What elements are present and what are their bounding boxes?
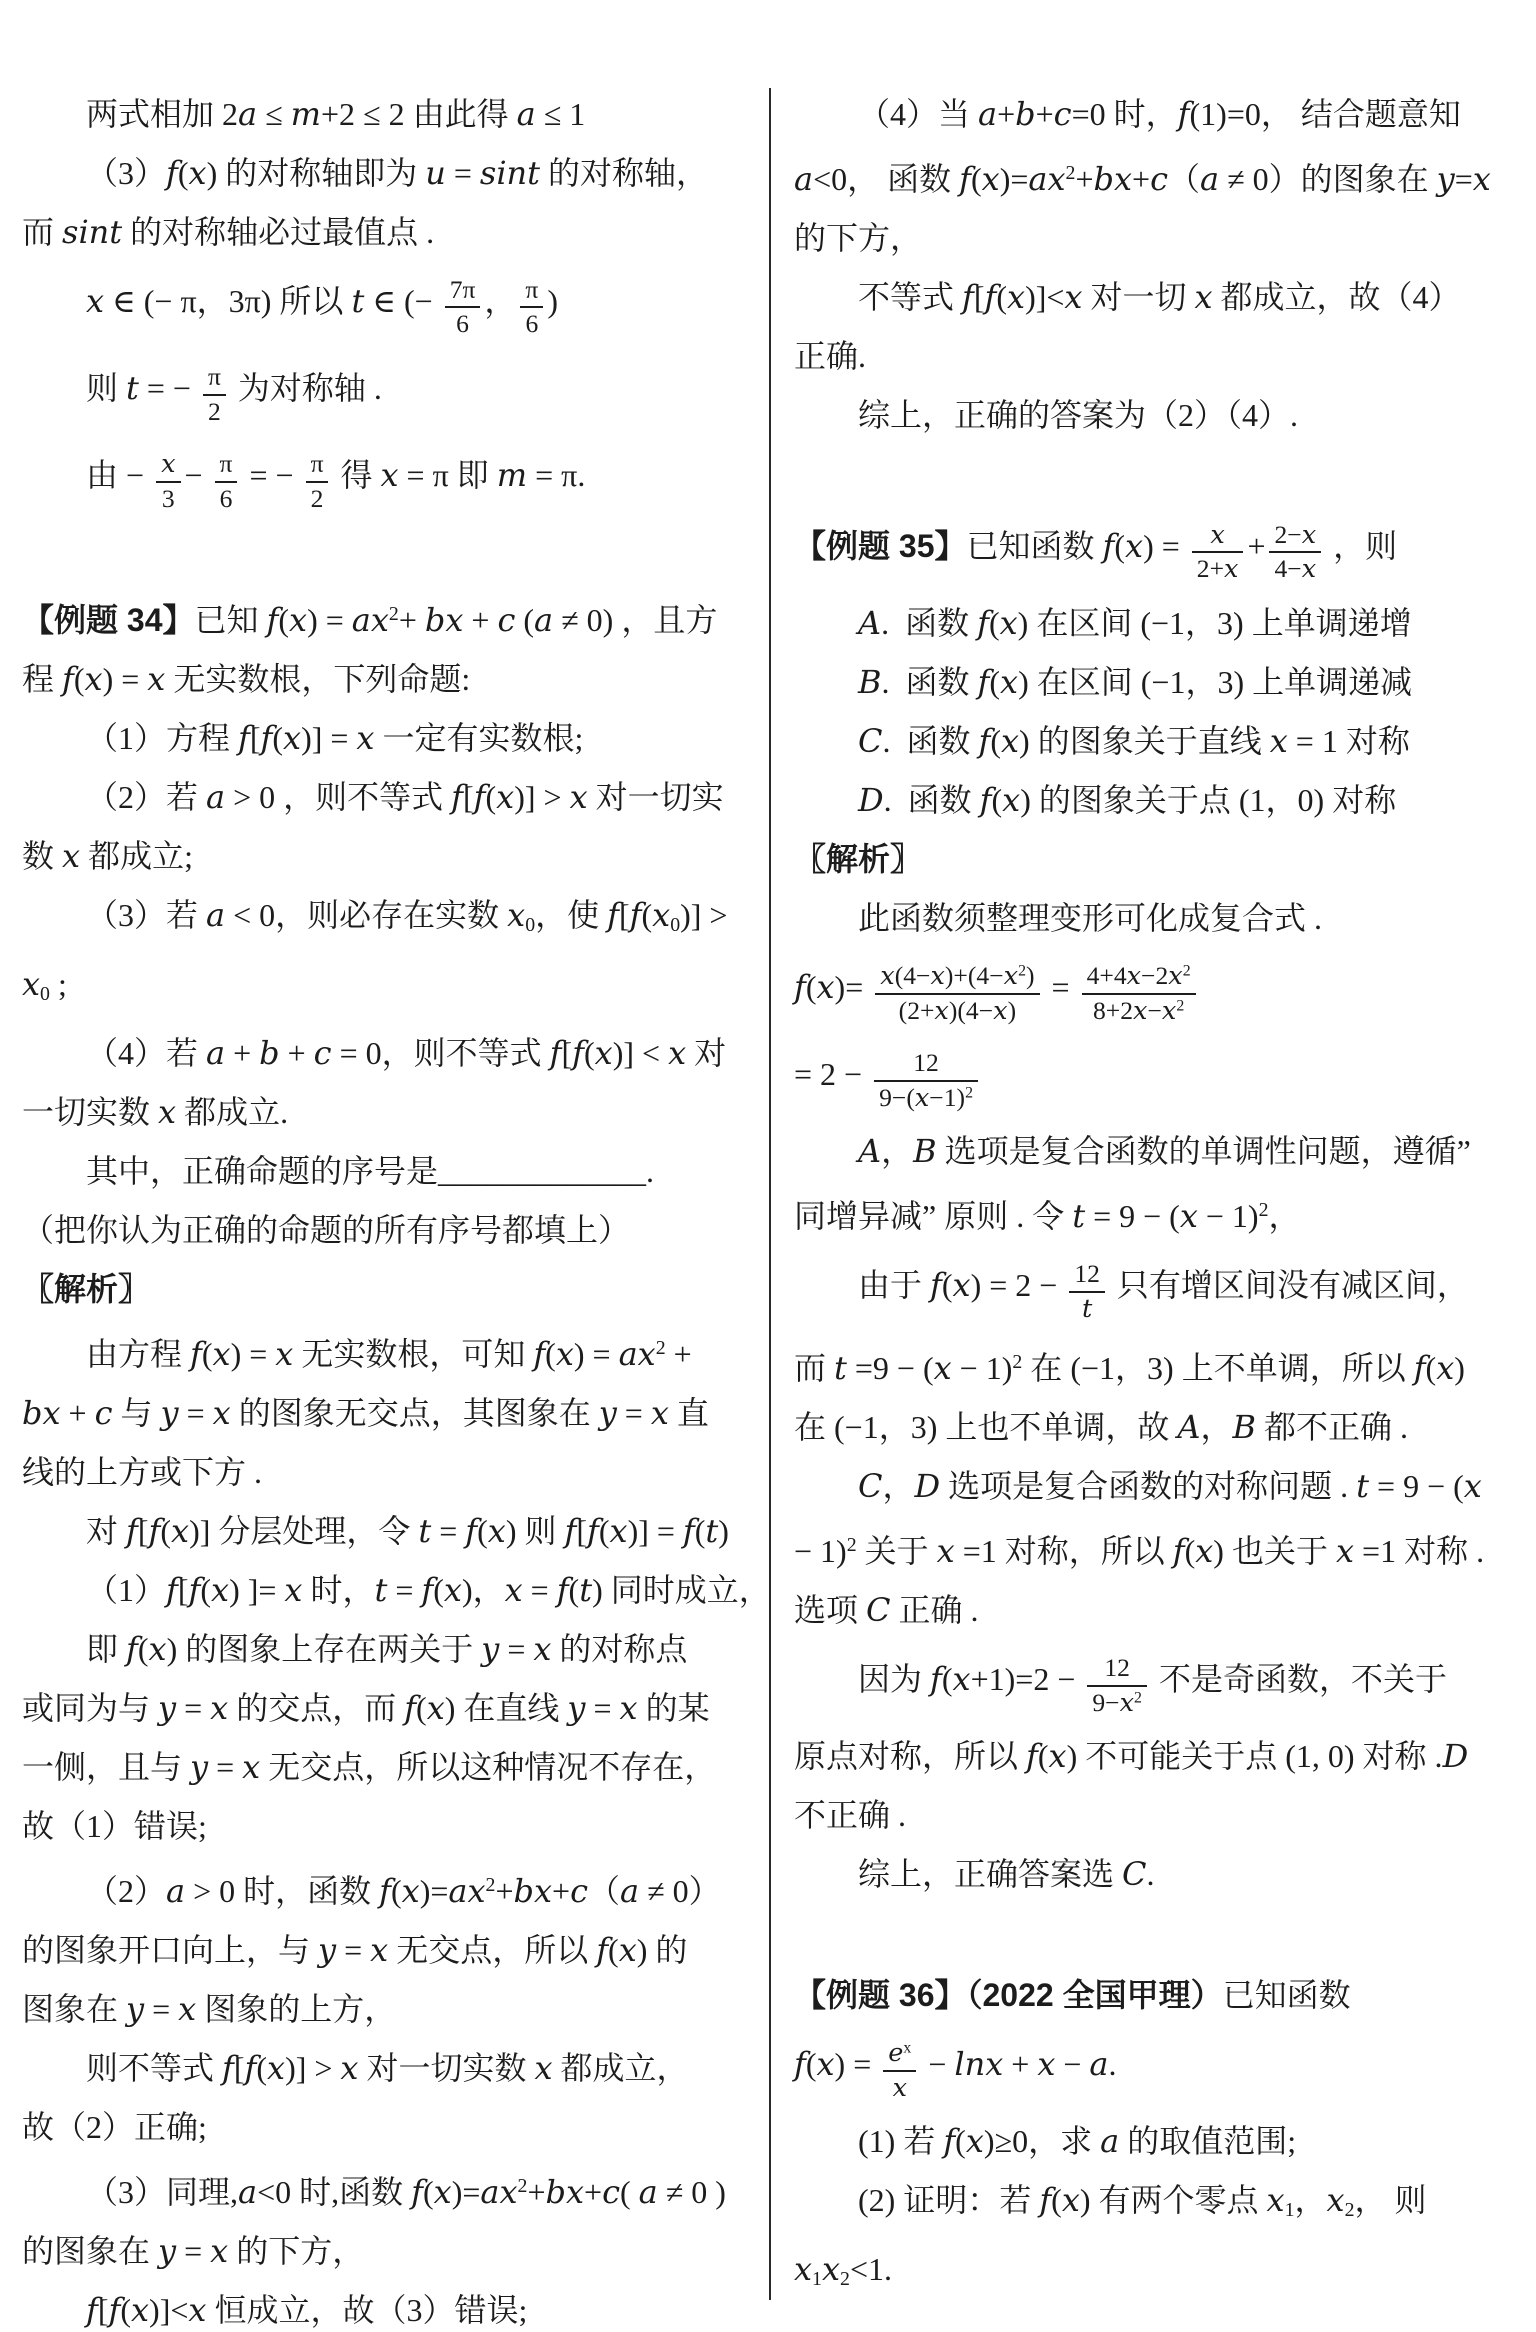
math-run: f(1)=0: [1178, 96, 1261, 132]
fraction: π6: [520, 276, 543, 339]
math-run: f(x) =: [1103, 528, 1188, 564]
math-variable: x: [966, 2122, 984, 2160]
math-run: sint: [62, 214, 122, 250]
fraction-numerator: π: [203, 363, 226, 396]
text-run: 的下方，: [794, 220, 922, 256]
superscript: 2: [1183, 962, 1191, 979]
math-variable: x: [289, 601, 307, 639]
math-variable: x: [149, 1630, 167, 1668]
superscript: 2: [656, 1337, 666, 1359]
text-run: 的: [647, 1932, 687, 1968]
text-run: 此函数须整理变形可化成复合式 .: [858, 900, 1322, 936]
math-variable: x: [1180, 1197, 1198, 1235]
text-run: 选项是复合函数的单调性问题，遵循”: [937, 1133, 1471, 1169]
math-variable: x: [210, 1689, 228, 1727]
text-line: C，D 选项是复合函数的对称问题 . t = 9 − (x: [794, 1457, 1530, 1516]
text-run: 不等式: [858, 279, 962, 315]
math-variable: x: [1133, 996, 1147, 1026]
math-variable: f: [977, 604, 989, 642]
math-variable: x: [427, 1689, 445, 1727]
superscript: 2: [1012, 1351, 1022, 1373]
fraction: 2−x4−x: [1269, 521, 1321, 584]
fraction-denominator: x: [883, 2072, 916, 2103]
fraction-denominator: 4−x: [1269, 553, 1321, 584]
text-line: 而 t =9 − (x − 1)2 在 (−1，3) 上不单调，所以 f(x): [794, 1333, 1530, 1398]
math-run: f(x): [1414, 1350, 1465, 1386]
text-run: 时，函数: [235, 1873, 379, 1909]
math-run: f(x): [978, 664, 1029, 700]
math-variable: f: [267, 601, 279, 639]
math-variable: x: [822, 2250, 840, 2288]
math-run: a > 0: [166, 1873, 235, 1909]
math-run: f(x) = x: [62, 661, 165, 697]
math-run: f[f(x)] = f(t): [565, 1513, 729, 1549]
right-column: （4）当 a+b+c=0 时，f(1)=0， 结合题意知a<0， 函数 f(x)…: [794, 85, 1530, 2309]
math-variable: x: [1194, 278, 1212, 316]
text-line: 正确.: [794, 327, 1530, 386]
fraction-denominator: 3: [156, 483, 180, 514]
text-run: 由方程: [86, 1336, 190, 1372]
math-variable: f: [587, 1512, 599, 1550]
math-variable: f: [985, 278, 997, 316]
math-run: x = f(t): [505, 1572, 603, 1608]
math-variable: f: [565, 1512, 577, 1550]
math-run: f(x) =: [794, 2046, 879, 2082]
math-variable: x: [533, 1630, 551, 1668]
fraction-denominator: 6: [215, 483, 238, 514]
math-variable: x: [356, 719, 374, 757]
text-run: 而: [22, 214, 62, 250]
fraction-denominator: 9−x2: [1087, 1687, 1147, 1718]
text-run: 时,函数: [291, 2174, 411, 2210]
fraction: 129−(x−1)2: [874, 1049, 978, 1112]
math-variable: x: [1327, 2181, 1345, 2219]
math-variable: C: [866, 1591, 890, 1629]
text-line: f(x)= x(4−x)+(4−x2)(2+x)(4−x) = 4+4x−2x2…: [794, 948, 1530, 1035]
math-variable: f: [379, 1872, 391, 1910]
text-run: ，则: [1325, 528, 1397, 564]
math-variable: f: [245, 2049, 257, 2087]
math-variable: lnx: [954, 2045, 1003, 2083]
text-run: 恒成立，故（3）错误;: [206, 2292, 527, 2328]
math-run: f(x): [979, 723, 1030, 759]
text-run: ，则必存在实数: [275, 897, 507, 933]
text-line: 〖解析〗: [22, 1260, 762, 1319]
math-run: = 2 −: [794, 1056, 870, 1092]
text-line: 而 sint 的对称轴必过最值点 .: [22, 203, 762, 262]
text-line: 其中，正确命题的序号是_____________.: [22, 1142, 762, 1201]
text-run: 对称，所以: [997, 1533, 1173, 1569]
math-variable: x: [370, 1931, 388, 1969]
math-variable: x: [381, 456, 399, 494]
text-run: 不是奇函数，不关于: [1151, 1661, 1447, 1697]
superscript: 2: [847, 1534, 857, 1556]
math-run: D: [915, 1468, 941, 1504]
math-run: a ≠ 0: [620, 1873, 689, 1909]
math-run: −: [126, 457, 152, 493]
text-run: 与: [113, 1395, 161, 1431]
column-divider: [769, 88, 771, 2300]
text-line: 由 − x3− π6 = − π2 得 x = π 即 m = π.: [22, 436, 762, 523]
math-variable: x: [444, 1571, 462, 1609]
math-variable: x: [178, 1990, 196, 2028]
text-run: （3）若: [86, 897, 206, 933]
math-run: f(x)=ax2+bx+c: [379, 1873, 588, 1909]
text-line: 此函数须整理变形可化成复合式 .: [794, 889, 1530, 948]
text-line: （3）若 a < 0，则必存在实数 x0，使 f[f(x0)] >: [22, 886, 762, 955]
document-page: 两式相加 2a ≤ m+2 ≤ 2 由此得 a ≤ 1（3）f(x) 的对称轴即…: [0, 0, 1536, 2332]
math-variable: x: [934, 996, 948, 1026]
text-line: 由方程 f(x) = x 无实数根，可知 f(x) = ax2 +: [22, 1319, 762, 1384]
bold-heading: 〖解析〗: [794, 841, 922, 877]
math-variable: x: [210, 2232, 228, 2270]
text-run: ，: [1269, 1198, 1301, 1234]
text-run: 函数: [892, 782, 980, 818]
text-run: ，: [881, 1133, 913, 1169]
fraction: x3: [156, 450, 180, 513]
math-variable: t: [374, 1571, 387, 1609]
text-run: （: [1168, 161, 1200, 197]
text-run: ）: [689, 1873, 721, 1909]
superscript: 2: [518, 2175, 528, 2197]
text-run: 的对称轴即为: [217, 155, 425, 191]
math-variable: x: [1002, 781, 1020, 819]
math-variable: x: [1000, 604, 1018, 642]
math-variable: t: [418, 1512, 431, 1550]
math-variable: y: [161, 1394, 179, 1432]
math-run: x1: [1267, 2182, 1295, 2218]
math-variable: x: [505, 1571, 523, 1609]
fraction-numerator: 7π: [445, 276, 481, 309]
math-variable: f: [557, 1571, 569, 1609]
fraction-denominator: 2+x: [1192, 553, 1244, 584]
text-run: 的图象开口向上，与: [22, 1932, 318, 1968]
text-line: 不等式 f[f(x)]<x 对一切 x 都成立，故（4）: [794, 268, 1530, 327]
fraction: π2: [306, 450, 329, 513]
math-run: ): [547, 283, 558, 319]
math-run: x0: [507, 897, 535, 933]
math-variable: C: [858, 1467, 882, 1505]
text-run: 在: [794, 1409, 834, 1445]
math-variable: t: [1072, 1197, 1085, 1235]
math-run: x: [62, 838, 80, 874]
math-variable: x: [402, 1872, 420, 1910]
text-run: 图象的上方，: [196, 1991, 396, 2027]
math-run: A.: [858, 605, 889, 641]
text-run: ）的图象在: [1269, 161, 1437, 197]
math-variable: c: [602, 2173, 620, 2211]
math-variable: f: [411, 2173, 423, 2211]
math-variable: x: [1436, 1349, 1454, 1387]
text-run: 无实数根，下列命题:: [165, 661, 470, 697]
text-run: 综上，正确答案选: [858, 1856, 1122, 1892]
math-run: u = sint: [425, 155, 540, 191]
math-variable: x: [1127, 961, 1141, 991]
math-variable: y: [158, 2232, 176, 2270]
text-run: ，则不等式: [275, 779, 451, 815]
math-variable: x: [171, 1512, 189, 1550]
text-run: 为对称轴 .: [230, 370, 382, 406]
math-run: a + b + c = 0: [206, 1035, 382, 1071]
text-run: (: [620, 2174, 639, 2210]
text-run: 故（2）正确;: [22, 2109, 207, 2145]
math-run: y = x: [158, 2233, 228, 2269]
math-run: a ≠ 0: [639, 2174, 708, 2210]
math-variable: bx: [1093, 160, 1132, 198]
math-variable: y: [126, 1990, 144, 2028]
math-run: a > 0: [206, 779, 275, 815]
math-variable: f: [630, 896, 642, 934]
text-run: 的某: [638, 1690, 710, 1726]
text-run: ): [707, 2174, 726, 2210]
math-variable: ax: [448, 1872, 485, 1910]
fraction-denominator: 8+2x−x2: [1082, 995, 1196, 1026]
text-run: （3）: [86, 155, 166, 191]
math-run: (−1，3): [1140, 605, 1243, 641]
text-run: 的图象在: [22, 2233, 158, 2269]
text-run: 对一切: [1082, 279, 1194, 315]
math-variable: bx: [22, 1394, 61, 1432]
math-variable: t: [834, 1349, 847, 1387]
math-variable: c: [497, 601, 515, 639]
text-line: 综上，正确答案选 C.: [794, 1845, 1530, 1904]
text-run: 由: [86, 457, 126, 493]
math-variable: D: [858, 781, 884, 819]
math-run: (1, 0): [1285, 1738, 1354, 1774]
text-line: 图象在 y = x 图象的上方，: [22, 1980, 762, 2039]
text-run: 选项是复合函数的对称问题 .: [940, 1468, 1356, 1504]
fraction-denominator: 6: [520, 308, 543, 339]
text-run: ，且方: [613, 602, 717, 638]
math-run: f[f(x0)] >: [607, 897, 727, 933]
math-run: m = π.: [497, 457, 586, 493]
math-variable: f: [62, 660, 74, 698]
math-variable: x: [620, 1689, 638, 1727]
text-line: 一切实数 x 都成立.: [22, 1083, 762, 1142]
text-run: 一侧，且与: [22, 1749, 190, 1785]
math-variable: a: [166, 1872, 185, 1910]
answer-blank: 其中，正确命题的序号是_____________.: [86, 1153, 654, 1189]
math-variable: x: [1064, 278, 1082, 316]
bold-heading: 【例题 35】: [794, 528, 967, 564]
math-run: x0: [22, 966, 50, 1002]
math-run: (1): [858, 2123, 895, 2159]
superscript: 2: [1259, 1199, 1269, 1221]
math-variable: x: [1162, 996, 1176, 1026]
text-line: 的下方，: [794, 209, 1530, 268]
math-run: x2: [1327, 2182, 1355, 2218]
math-run: C.: [858, 723, 890, 759]
fraction-numerator: π: [520, 276, 543, 309]
text-run: 的对称轴必过最值点 .: [122, 214, 434, 250]
math-variable: a: [1200, 160, 1219, 198]
math-variable: x: [434, 2173, 452, 2211]
math-variable: x: [1168, 961, 1182, 991]
math-variable: t: [705, 1512, 718, 1550]
text-line: − 1)2 关于 x =1 对称，所以 f(x) 也关于 x =1 对称 .: [794, 1516, 1530, 1581]
text-run: 即: [449, 457, 497, 493]
math-variable: x: [1473, 160, 1491, 198]
text-run: ，: [1295, 2182, 1327, 2218]
math-variable: f: [980, 781, 992, 819]
math-variable: x: [556, 1335, 574, 1373]
math-variable: f: [189, 1571, 201, 1609]
math-variable: f: [474, 778, 486, 816]
math-variable: f: [1178, 95, 1190, 133]
math-run: t = 9 − (x − 1)2: [1072, 1198, 1268, 1234]
superscript: 2: [1134, 1689, 1142, 1706]
text-line: 的图象开口向上，与 y = x 无交点，所以 f(x) 的: [22, 1921, 762, 1980]
fraction: 12t: [1069, 1260, 1105, 1323]
math-variable: x: [934, 1349, 952, 1387]
math-variable: c: [314, 1034, 332, 1072]
text-run: 图象在: [22, 1991, 126, 2027]
math-run: t = −: [126, 370, 199, 406]
math-run: A: [858, 1133, 881, 1169]
math-run: = −: [241, 457, 301, 493]
math-variable: bx: [514, 1872, 553, 1910]
text-line: (1) 若 f(x)≥0，求 a 的取值范围;: [794, 2112, 1530, 2171]
math-variable: x: [817, 968, 835, 1006]
text-run: 则: [517, 1513, 565, 1549]
text-run: 都成立，故（4）: [1213, 279, 1461, 315]
text-run: 程: [22, 661, 62, 697]
math-variable: sint: [62, 213, 122, 251]
text-run: ，: [473, 1572, 505, 1608]
text-line: 故（2）正确;: [22, 2098, 762, 2157]
math-variable: y: [158, 1689, 176, 1727]
text-run: 也关于: [1224, 1533, 1336, 1569]
math-variable: t: [1082, 1294, 1092, 1324]
fraction: π6: [215, 450, 238, 513]
math-variable: x: [1007, 278, 1025, 316]
math-variable: f: [149, 1512, 161, 1550]
math-run: f[f(x)] = x: [238, 720, 374, 756]
fraction-numerator: ex: [883, 2039, 916, 2072]
text-run: 有两个零点: [1091, 2182, 1267, 2218]
math-run: x: [1194, 279, 1212, 315]
math-variable: x: [1195, 1532, 1213, 1570]
fraction-denominator: 2: [306, 483, 329, 514]
math-variable: x: [1049, 1737, 1067, 1775]
text-line: f(x) = exx − lnx + x − a.: [794, 2025, 1530, 2112]
fraction-numerator: 4+4x−2x2: [1082, 962, 1196, 995]
math-variable: x: [1037, 2045, 1055, 2083]
text-run: 在直线: [455, 1690, 567, 1726]
math-variable: f: [1103, 527, 1115, 565]
fraction-denominator: 6: [445, 308, 481, 339]
math-variable: A: [858, 604, 881, 642]
text-line: 即 f(x) 的图象上存在两关于 y = x 的对称点: [22, 1620, 762, 1679]
text-run: 即: [86, 1631, 126, 1667]
text-line: （4）当 a+b+c=0 时，f(1)=0， 结合题意知: [794, 85, 1530, 144]
math-run: f(x): [166, 155, 217, 191]
math-variable: A: [858, 1132, 881, 1170]
subscript: 1: [1285, 2199, 1295, 2221]
math-variable: x: [22, 965, 40, 1003]
text-line: x1x2<1.: [794, 2240, 1530, 2309]
text-line: A，B 选项是复合函数的单调性问题，遵循”: [794, 1122, 1530, 1181]
math-variable: x: [534, 2049, 552, 2087]
math-run: y = x: [190, 1749, 260, 1785]
text-run: 同增异减” 原则 . 令: [794, 1198, 1072, 1234]
math-run: f[f(x)] > x: [222, 2050, 358, 2086]
math-run: t = 9 − (x: [1356, 1468, 1482, 1504]
text-line: = 2 − 129−(x−1)2: [794, 1035, 1530, 1122]
text-run: 的图象关于直线: [1030, 723, 1270, 759]
fraction-numerator: 12: [1069, 1260, 1105, 1293]
text-run: 而: [794, 1350, 834, 1386]
text-line: 程 f(x) = x 无实数根，下列命题:: [22, 650, 762, 709]
math-variable: f: [1026, 1737, 1038, 1775]
text-run: 所以: [279, 283, 351, 319]
math-variable: c: [1150, 160, 1168, 198]
math-variable: x: [610, 1512, 628, 1550]
text-run: 已知函数: [1223, 1977, 1351, 2013]
math-run: C: [858, 1468, 882, 1504]
fraction-numerator: x: [1192, 521, 1244, 554]
math-run: (1，0): [1239, 782, 1324, 818]
math-variable: x: [1000, 663, 1018, 701]
math-variable: f: [109, 2291, 121, 2329]
math-variable: D: [915, 1467, 941, 1505]
math-run: f(x) = ax2+ bx + c (a ≠ 0): [267, 602, 614, 638]
math-variable: x: [62, 837, 80, 875]
math-variable: f: [943, 2122, 955, 2160]
math-variable: x: [880, 961, 894, 991]
fraction: x2+x: [1192, 521, 1244, 584]
math-run: f(x) = ax2 +: [533, 1336, 691, 1372]
math-run: B: [1233, 1409, 1257, 1445]
math-variable: x: [794, 2250, 812, 2288]
math-run: f[f(x)]<x: [962, 279, 1082, 315]
math-variable: a: [206, 778, 225, 816]
math-run: x: [158, 1094, 176, 1130]
math-variable: b: [259, 1034, 279, 1072]
math-variable: x: [619, 1931, 637, 1969]
math-run: y = x: [567, 1690, 637, 1726]
text-run: 对: [86, 1513, 126, 1549]
math-variable: f: [190, 1335, 202, 1373]
math-run: ，: [484, 283, 516, 319]
text-line: 则不等式 f[f(x)] > x 对一切实数 x 都成立，: [22, 2039, 762, 2098]
fraction-numerator: π: [306, 450, 329, 483]
fraction: 4+4x−2x28+2x−x2: [1082, 962, 1196, 1025]
math-run: f(x+1)=2 −: [930, 1661, 1083, 1697]
text-line: 同增异减” 原则 . 令 t = 9 − (x − 1)2，: [794, 1181, 1530, 1246]
math-run: f(x)=: [794, 969, 871, 1005]
text-run: 在区间: [1029, 664, 1141, 700]
fraction: π2: [203, 363, 226, 426]
math-variable: f: [1039, 2181, 1051, 2219]
text-run: 数: [22, 838, 62, 874]
math-run: f(x): [1173, 1533, 1224, 1569]
math-variable: y: [318, 1931, 336, 1969]
math-run: t = f(x): [418, 1513, 516, 1549]
text-run: 无实数根，可知: [293, 1336, 533, 1372]
text-run: 都成立;: [80, 838, 193, 874]
text-line: 数 x 都成立;: [22, 827, 762, 886]
math-variable: a: [1100, 2122, 1119, 2160]
math-variable: f: [533, 1335, 545, 1373]
superscript: 2: [1066, 162, 1076, 184]
text-line: 在 (−1，3) 上也不单调，故 A，B 都不正确 .: [794, 1398, 1530, 1457]
text-run: 的对称轴，: [540, 155, 708, 191]
text-line: bx + c 与 y = x 的图象无交点，其图象在 y = x 直: [22, 1384, 762, 1443]
text-run: ;: [50, 966, 67, 1002]
math-run: y = x: [599, 1395, 669, 1431]
math-run: f(x): [1026, 1738, 1077, 1774]
